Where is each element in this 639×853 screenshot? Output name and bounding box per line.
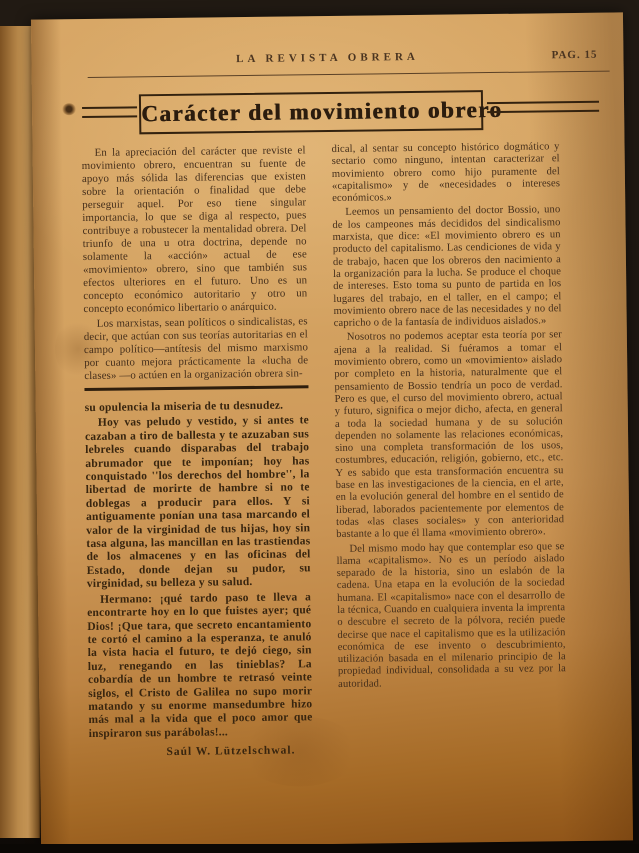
paragraph: Hermano: ¡qué tardo paso te lleva a enco… <box>87 591 313 741</box>
paragraph: su opulencia la miseria de tu desnudez. <box>85 399 309 415</box>
photo-bottom-edge <box>0 844 639 853</box>
section-divider <box>84 385 308 391</box>
header-rule <box>88 71 610 78</box>
page-number: PAG. 15 <box>551 49 597 62</box>
headline-text: Carácter del movimiento obrero <box>141 92 481 132</box>
column-right: dical, al sentar su concepto histórico d… <box>332 141 567 757</box>
paragraph: Los marxistas, sean políticos o sindical… <box>84 315 309 383</box>
article-left-text: En la apreciación del carácter que revis… <box>82 144 309 383</box>
column-left: En la apreciación del carácter que revis… <box>82 144 313 760</box>
paragraph: dical, al sentar su concepto histórico d… <box>332 141 561 205</box>
magazine-page: LA REVISTA OBRERA PAG. 15 Carácter del m… <box>31 12 633 847</box>
editorial-text: su opulencia la miseria de tu desnudez.H… <box>85 399 313 741</box>
paragraph: Nosotros no podemos aceptar esta teoría … <box>334 330 565 542</box>
paper-hole <box>62 103 76 115</box>
article-columns: En la apreciación del carácter que revis… <box>82 141 567 760</box>
paragraph: Del mismo modo hay que contemplar eso qu… <box>336 541 566 691</box>
headline-rule-left <box>82 106 137 121</box>
photo-backdrop: LA REVISTA OBRERA PAG. 15 Carácter del m… <box>0 0 639 853</box>
signature: Saúl W. Lützelschwal. <box>89 744 313 760</box>
journal-title: LA REVISTA OBRERA <box>31 48 623 67</box>
running-header: LA REVISTA OBRERA PAG. 15 <box>31 48 623 71</box>
headline-rule-right <box>487 101 599 116</box>
paragraph: En la apreciación del carácter que revis… <box>82 144 308 316</box>
editorial-section: su opulencia la miseria de tu desnudez.H… <box>85 399 313 760</box>
paragraph: Hoy vas peludo y vestido, y si antes te … <box>85 415 311 592</box>
paragraph: Leemos un pensamiento del doctor Bossio,… <box>332 205 561 331</box>
headline-box: Carácter del movimiento obrero <box>139 90 483 134</box>
